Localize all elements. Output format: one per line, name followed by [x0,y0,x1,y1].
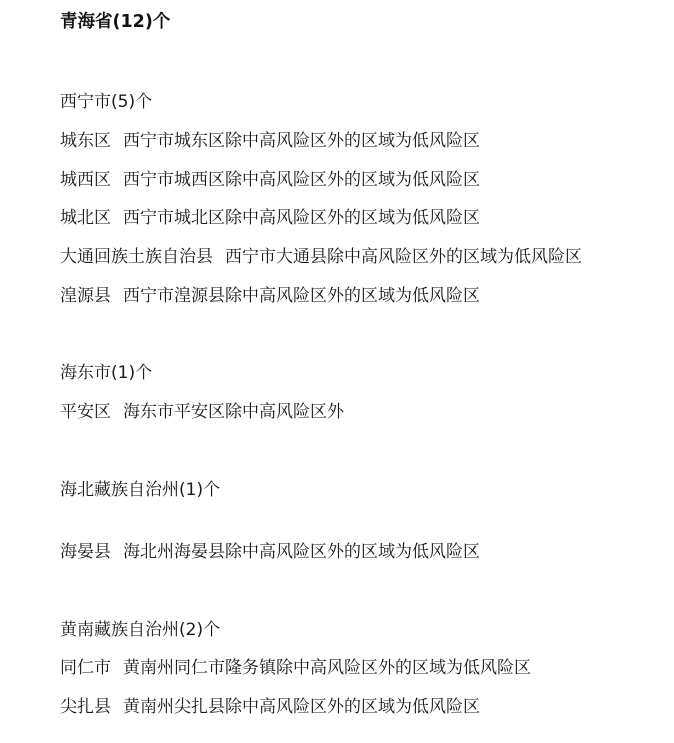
district-desc: 西宁市大通县除中高风险区外的区域为低风险区 [225,247,582,267]
province-title: 青海省(12)个 [60,11,170,33]
district-desc: 黄南州尖扎县除中高风险区外的区域为低风险区 [123,697,480,717]
section-heading-xining: 西宁市(5)个 [60,91,152,113]
district-desc: 西宁市城北区除中高风险区外的区域为低风险区 [123,208,480,228]
list-item: 同仁市黄南州同仁市隆务镇除中高风险区外的区域为低风险区 [60,657,531,679]
district-name: 大通回族土族自治县 [60,247,213,267]
district-name: 城西区 [60,170,111,190]
district-desc: 黄南州同仁市隆务镇除中高风险区外的区域为低风险区 [123,658,531,678]
list-item: 大通回族土族自治县西宁市大通县除中高风险区外的区域为低风险区 [60,246,582,268]
district-name: 同仁市 [60,658,111,678]
district-desc: 西宁市城东区除中高风险区外的区域为低风险区 [123,131,480,151]
district-name: 海晏县 [60,542,111,562]
section-heading-haibei: 海北藏族自治州(1)个 [60,479,220,501]
section-heading-huangnan: 黄南藏族自治州(2)个 [60,619,220,641]
district-desc: 西宁市城西区除中高风险区外的区域为低风险区 [123,170,480,190]
list-item: 城西区西宁市城西区除中高风险区外的区域为低风险区 [60,169,480,191]
district-name: 城北区 [60,208,111,228]
list-item: 海晏县海北州海晏县除中高风险区外的区域为低风险区 [60,541,480,563]
district-name: 平安区 [60,402,111,422]
district-name: 湟源县 [60,286,111,306]
list-item: 城东区西宁市城东区除中高风险区外的区域为低风险区 [60,130,480,152]
district-desc: 海北州海晏县除中高风险区外的区域为低风险区 [123,542,480,562]
list-item: 平安区海东市平安区除中高风险区外 [60,401,344,423]
section-heading-haidong: 海东市(1)个 [60,362,152,384]
district-name: 尖扎县 [60,697,111,717]
district-desc: 海东市平安区除中高风险区外 [123,402,344,422]
list-item: 城北区西宁市城北区除中高风险区外的区域为低风险区 [60,207,480,229]
list-item: 尖扎县黄南州尖扎县除中高风险区外的区域为低风险区 [60,696,480,718]
district-desc: 西宁市湟源县除中高风险区外的区域为低风险区 [123,286,480,306]
district-name: 城东区 [60,131,111,151]
list-item: 湟源县西宁市湟源县除中高风险区外的区域为低风险区 [60,285,480,307]
